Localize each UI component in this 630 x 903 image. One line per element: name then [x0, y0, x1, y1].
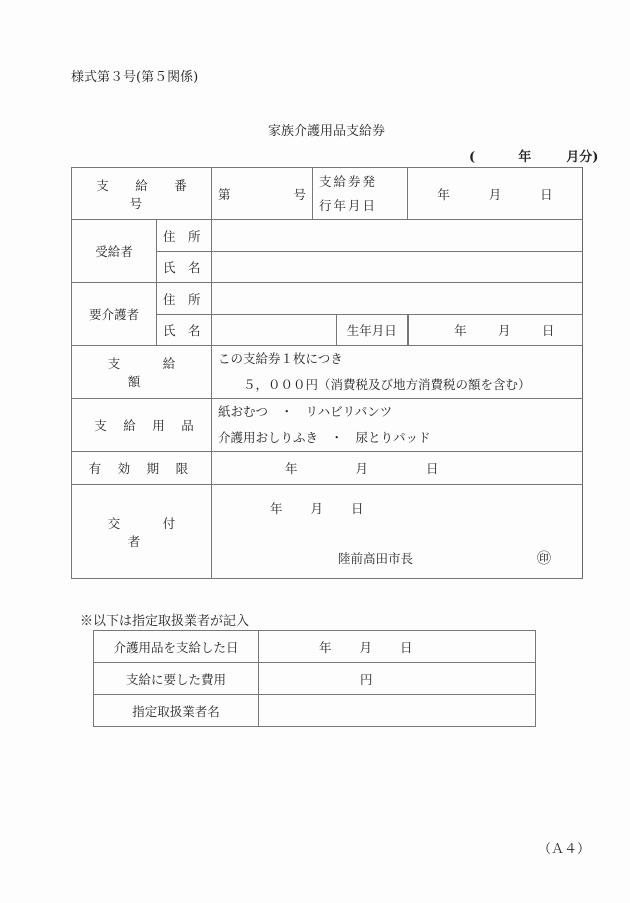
issuer-label: 交 付 者	[72, 485, 212, 579]
issue-date-field[interactable]: 年 月 日	[408, 168, 583, 220]
voucher-table: 支 給 番 号 第 号 支給券発 行年月日 年 月 日 受給者 住 所 氏 名 …	[71, 167, 583, 579]
yen-unit: 円	[259, 672, 373, 687]
issue-row: 支 給 番 号 第 号 支給券発 行年月日 年 月 日	[72, 168, 583, 220]
day-label: 日	[542, 321, 555, 339]
period-year-label: 年	[518, 146, 531, 165]
month-label: 月	[311, 499, 324, 517]
recipient-label: 受給者	[72, 220, 157, 283]
recipient-address-field[interactable]	[212, 220, 583, 252]
period-open: (	[469, 150, 475, 165]
supply-date-field[interactable]: 年 月 日	[259, 631, 536, 663]
issue-date-label: 支給券発 行年月日	[313, 168, 408, 220]
care-receiver-label: 要介護者	[72, 283, 157, 346]
items-label: 支 給 用 品	[72, 399, 212, 452]
period-field[interactable]: ( 年 月分)	[469, 146, 598, 165]
month-label: 月	[360, 638, 373, 656]
care-receiver-name-label: 氏 名	[157, 315, 212, 346]
birth-date-label: 生年月日	[337, 315, 408, 346]
period-month-label: 月分)	[566, 146, 598, 165]
care-receiver-address-field[interactable]	[212, 283, 583, 315]
cost-field[interactable]: 円	[259, 663, 536, 695]
day-label: 日	[351, 499, 364, 517]
year-label: 年	[319, 638, 332, 656]
issuer-field: 年 月 日 陸前高田市長 ㊞	[212, 485, 583, 579]
cost-label: 支給に要した費用	[94, 663, 259, 695]
supply-date-label: 介護用品を支給した日	[94, 631, 259, 663]
validity-field[interactable]: 年 月 日	[212, 452, 583, 485]
items-line-2: 介護用おしりふき ・ 尿とりパッド	[218, 425, 582, 451]
month-label: 月	[489, 185, 502, 203]
seal-icon: ㊞	[537, 548, 551, 568]
recipient-name-label: 氏 名	[157, 252, 212, 283]
issuer-name: 陸前高田市長	[338, 549, 413, 567]
number-prefix: 第	[218, 185, 231, 203]
payment-number-label: 支 給 番 号	[72, 168, 212, 220]
amount-line-1: この支給券１枚につき	[218, 346, 582, 372]
vendor-note: ※以下は指定取扱業者が記入	[80, 610, 249, 629]
validity-label: 有 効 期 限	[72, 452, 212, 485]
payment-number-field[interactable]: 第 号	[212, 168, 313, 220]
vendor-table: 介護用品を支給した日 年 月 日 支給に要した費用 円 指定取扱業者名	[93, 630, 536, 727]
year-label: 年	[437, 185, 450, 203]
day-label: 日	[400, 638, 413, 656]
amount-value: この支給券１枚につき ５，０００円（消費税及び地方消費税の額を含む）	[212, 346, 583, 399]
vendor-name-field[interactable]	[259, 695, 536, 727]
year-label: 年	[270, 499, 283, 517]
amount-label: 支 給 額	[72, 346, 212, 399]
number-suffix: 号	[294, 185, 307, 203]
amount-line-2: ５，０００円（消費税及び地方消費税の額を含む）	[218, 372, 582, 398]
paper-size-label: （Ａ４）	[538, 838, 590, 857]
month-label: 月	[356, 459, 369, 477]
day-label: 日	[540, 185, 553, 203]
form-number: 様式第３号(第５関係)	[71, 66, 198, 85]
care-receiver-address-label: 住 所	[157, 283, 212, 315]
birth-date-field[interactable]: 年 月 日	[408, 315, 583, 346]
document-title: 家族介護用品支給券	[268, 120, 385, 139]
items-line-1: 紙おむつ ・ リハビリパンツ	[218, 399, 582, 425]
year-label: 年	[285, 459, 298, 477]
recipient-name-field[interactable]	[212, 252, 583, 283]
month-label: 月	[498, 321, 511, 339]
items-value: 紙おむつ ・ リハビリパンツ 介護用おしりふき ・ 尿とりパッド	[212, 399, 583, 452]
year-label: 年	[454, 321, 467, 339]
vendor-name-label: 指定取扱業者名	[94, 695, 259, 727]
day-label: 日	[426, 459, 439, 477]
care-receiver-name-field[interactable]	[212, 315, 337, 346]
recipient-address-label: 住 所	[157, 220, 212, 252]
